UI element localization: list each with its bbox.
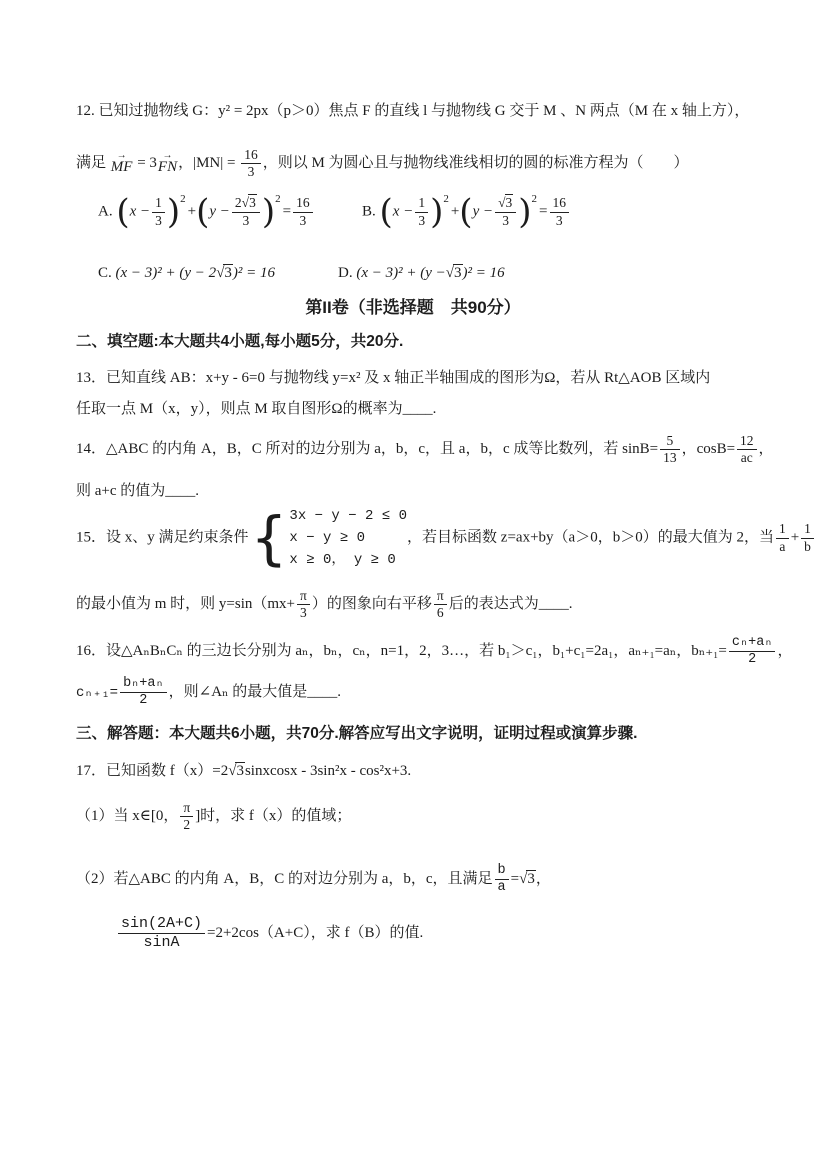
superscript: 2: [532, 193, 538, 205]
text-run: 15．设 x、y 满足约束条件: [76, 529, 249, 545]
fraction-denominator: 2: [729, 652, 776, 668]
question-16-line-1: 16．设△AₙBₙCₙ 的三边长分别为 aₙ，bₙ，cₙ，n=1，2，3…，若 …: [76, 635, 770, 668]
fraction-denominator: sinA: [118, 934, 205, 952]
fraction: 12ac: [737, 433, 757, 466]
question-12-line-1: 12. 已知过抛物线 G：y² = 2px（p＞0）焦点 F 的直线 l 与抛物…: [76, 100, 770, 122]
vector-text: FN: [158, 160, 177, 175]
math-text: +: [188, 203, 196, 219]
fraction-denominator: 3: [232, 213, 260, 229]
fraction: √33: [495, 195, 516, 228]
radicand: 3: [526, 870, 536, 887]
text-run: =2+2cos（A+C），求 f（B）的值.: [207, 925, 423, 941]
radicand: 3: [505, 194, 514, 210]
fraction: 13: [152, 195, 165, 228]
option-label: C.: [98, 265, 112, 281]
fraction-numerator: 1: [801, 521, 814, 538]
section-3-heading: 三、解答题：本大题共6小题，共70分.解答应写出文字说明，证明过程或演算步骤.: [76, 723, 770, 745]
constraint-3: x ≥ 0， y ≥ 0: [289, 549, 407, 571]
text-run: ，cosB=: [682, 441, 735, 457]
math-text: +: [791, 529, 799, 545]
fraction-denominator: a: [495, 880, 509, 896]
constraint-system: 3x − y − 2 ≤ 0x − y ≥ 0x ≥ 0， y ≥ 0: [289, 505, 407, 571]
fraction-numerator: π: [297, 588, 310, 605]
fraction: 13: [415, 195, 428, 228]
big-paren-right: ): [167, 192, 180, 232]
fraction-denominator: 2: [180, 817, 193, 833]
fraction-numerator: cₙ+aₙ: [729, 635, 776, 652]
exam-page: 12. 已知过抛物线 G：y² = 2px（p＞0）焦点 F 的直线 l 与抛物…: [0, 0, 826, 1169]
option-label: A.: [98, 203, 113, 219]
math-text: )² = 16: [233, 265, 275, 281]
fraction: π3: [297, 588, 310, 621]
fraction-numerator: 1: [152, 195, 165, 212]
fraction-denominator: 3: [297, 605, 310, 621]
math-text: y −: [473, 203, 494, 219]
question-16-line-2: cₙ₊₁=bₙ+aₙ2，则∠Aₙ 的最大值是____.: [76, 676, 770, 709]
fraction-denominator: 2: [120, 693, 167, 709]
fraction-denominator: 6: [434, 605, 447, 621]
big-paren-left: (: [116, 192, 129, 232]
text-run: ，若目标函数 z=ax+by（a＞0，b＞0）的最大值为 2，当: [407, 529, 774, 545]
question-14-line-1: 14．△ABC 的内角 A，B，C 所对的边分别为 a，b，c，且 a，b，c …: [76, 433, 770, 466]
text-run: ，: [777, 643, 792, 659]
question-14-line-2: 则 a+c 的值为____.: [76, 480, 770, 502]
fraction-denominator: b: [801, 539, 814, 555]
fraction-numerator: 1: [776, 521, 789, 538]
text-run: ，则以 M 为圆心且与抛物线准线相切的圆的标准方程为（ ）: [263, 155, 689, 171]
option-b: B. (x −13)2+(y −√33)2=163: [362, 193, 571, 231]
superscript: 2: [443, 193, 449, 205]
fraction: 1b: [801, 521, 814, 554]
question-17-part-2: （2）若△ABC 的内角 A，B，C 的对边分别为 a，b，c，且满足ba=√3…: [76, 863, 770, 896]
question-17-last-line: sin(2A+C)sinA=2+2cos（A+C），求 f（B）的值.: [116, 915, 770, 952]
big-paren-left: (: [196, 192, 209, 232]
fraction-numerator: 1: [415, 195, 428, 212]
fraction-numerator: 5: [660, 433, 680, 450]
text-run: ，|MN| =: [178, 155, 239, 171]
text-run: ，: [536, 871, 551, 887]
fraction-denominator: 3: [495, 213, 516, 229]
fraction: sin(2A+C)sinA: [118, 915, 205, 952]
math-text: )² = 16: [463, 265, 505, 281]
fraction-numerator: 16: [293, 195, 313, 212]
big-paren-right: ): [518, 192, 531, 232]
text-run: ]时，求 f（x）的值域；: [195, 808, 351, 824]
math-text: =: [283, 203, 291, 219]
big-paren-left: (: [459, 192, 472, 232]
radicand: 3: [453, 264, 463, 281]
vector-fn: →FN: [158, 151, 177, 175]
text-run: 满足: [76, 155, 110, 171]
math-text: x −: [393, 203, 414, 219]
radicand: 3: [223, 264, 233, 281]
fraction-numerator: π: [180, 800, 193, 817]
text-run: 后的表达式为____.: [449, 596, 573, 612]
question-12-line-2: 满足 →MF = 3→FN，|MN| = 163，则以 M 为圆心且与抛物线准线…: [76, 147, 770, 180]
fraction: 163: [550, 195, 570, 228]
superscript: 2: [275, 193, 281, 205]
option-d: D. (x − 3)² + (y −√3)² = 16: [338, 262, 505, 284]
fraction: 513: [660, 433, 680, 466]
fraction-denominator: 3: [550, 213, 570, 229]
option-a: A. (x −13)2+(y −2√33)2=163: [98, 193, 315, 231]
fraction-numerator: 2√3: [232, 195, 260, 212]
text-run: sinxcosx - 3sin²x - cos²x+3.: [245, 763, 411, 779]
math-text: =: [511, 871, 519, 887]
section-2-heading: 二、填空题:本大题共4小题,每小题5分，共20分.: [76, 331, 770, 353]
fraction: cₙ+aₙ2: [729, 635, 776, 668]
math-text: cₙ₊₁=: [76, 685, 118, 701]
fraction: bₙ+aₙ2: [120, 676, 167, 709]
coefficient: 2: [235, 195, 242, 210]
fraction-numerator: sin(2A+C): [118, 915, 205, 934]
vector-text: MF: [111, 160, 133, 175]
sqrt-icon: √: [446, 265, 453, 281]
constraint-1: 3x − y − 2 ≤ 0: [289, 505, 407, 527]
fraction: π6: [434, 588, 447, 621]
fraction-denominator: 3: [415, 213, 428, 229]
math-text: y −: [209, 203, 230, 219]
fraction: 163: [293, 195, 313, 228]
fraction-numerator: 16: [550, 195, 570, 212]
big-paren-left: (: [380, 192, 393, 232]
question-13-line-1: 13．已知直线 AB：x+y - 6=0 与抛物线 y=x² 及 x 轴正半轴围…: [76, 367, 770, 389]
text-run: ，则∠Aₙ 的最大值是____.: [169, 684, 341, 700]
text-run: 的最小值为 m 时，则 y=sin（mx+: [76, 596, 295, 612]
vector-mf: →MF: [111, 151, 133, 175]
sqrt-icon: √: [498, 195, 504, 210]
big-paren-right: ): [430, 192, 443, 232]
text-run: 16．设△AₙBₙCₙ 的三边长分别为 aₙ，bₙ，cₙ，n=1，2，3…，若 …: [76, 643, 727, 659]
fraction-numerator: b: [495, 863, 509, 880]
math-text: x −: [130, 203, 151, 219]
text-run: （1）当 x∈[0，: [76, 808, 178, 824]
fraction-numerator: √3: [495, 195, 516, 212]
fraction-denominator: 3: [152, 213, 165, 229]
fraction: 1a: [776, 521, 789, 554]
fraction-denominator: 3: [241, 164, 261, 180]
fraction: π2: [180, 800, 193, 833]
question-17-part-1: （1）当 x∈[0，π2]时，求 f（x）的值域；: [76, 800, 770, 833]
math-text: =: [539, 203, 547, 219]
math-text: (x − 3)² + (y −: [356, 265, 445, 281]
part-2-title: 第II卷（非选择题 共90分）: [0, 297, 826, 319]
fraction-numerator: 16: [241, 147, 261, 164]
option-label: D.: [338, 265, 353, 281]
question-13-line-2: 任取一点 M（x，y），则点 M 取自图形Ω的概率为____.: [76, 398, 770, 420]
text-run: ，: [759, 441, 774, 457]
fraction-denominator: 13: [660, 450, 680, 466]
fraction: ba: [495, 863, 509, 896]
text-run: ）的图象向右平移: [312, 596, 432, 612]
superscript: 2: [180, 193, 186, 205]
option-label: B.: [362, 203, 376, 219]
text-run: （2）若△ABC 的内角 A，B，C 的对边分别为 a，b，c，且满足: [76, 871, 493, 887]
math-text: (x − 3)² + (y − 2: [116, 265, 217, 281]
options-row-1: A. (x −13)2+(y −2√33)2=163 B. (x −13)2+(…: [76, 193, 770, 263]
radicand: 3: [248, 194, 257, 210]
brace: {: [251, 504, 288, 572]
question-17-line-1: 17．已知函数 f（x）=2√3sinxcosx - 3sin²x - cos²…: [76, 760, 770, 782]
fraction-denominator: a: [776, 539, 789, 555]
fraction-numerator: bₙ+aₙ: [120, 676, 167, 693]
text-run: = 3: [133, 155, 156, 171]
fraction: 2√33: [232, 195, 260, 228]
radicand: 3: [235, 762, 245, 779]
fraction-denominator: ac: [737, 450, 757, 466]
fraction-numerator: 12: [737, 433, 757, 450]
question-15-line-1: 15．设 x、y 满足约束条件{3x − y − 2 ≤ 0x − y ≥ 0x…: [76, 505, 770, 571]
fraction-denominator: 3: [293, 213, 313, 229]
fraction: 163: [241, 147, 261, 180]
big-paren-right: ): [262, 192, 275, 232]
text-run: 17．已知函数 f（x）=2: [76, 763, 228, 779]
question-15-line-2: 的最小值为 m 时，则 y=sin（mx+π3）的图象向右平移π6后的表达式为_…: [76, 588, 770, 621]
fraction-numerator: π: [434, 588, 447, 605]
text-run: 14．△ABC 的内角 A，B，C 所对的边分别为 a，b，c，且 a，b，c …: [76, 441, 658, 457]
option-c: C. (x − 3)² + (y − 2√3)² = 16: [98, 262, 275, 284]
constraint-2: x − y ≥ 0: [289, 527, 407, 549]
